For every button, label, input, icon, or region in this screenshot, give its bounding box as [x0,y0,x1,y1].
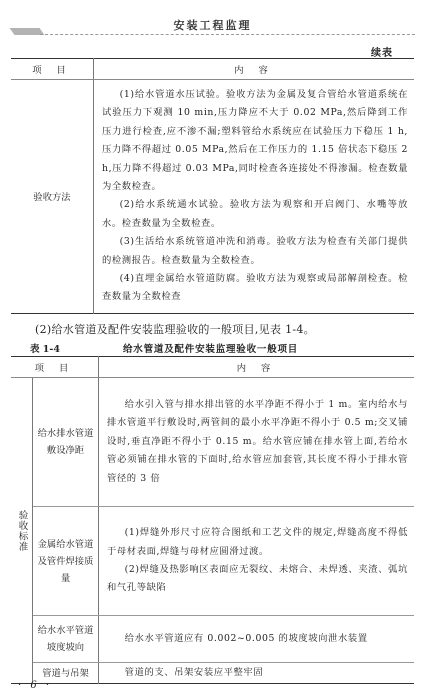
table-title: 给水管道及配件安装监理验收一般项目 [123,341,298,355]
content-paragraph: 管道的支、吊架安装应平整牢固 [107,664,408,682]
row-item-label: 给水排水管道敷设净距 [33,378,99,507]
table-row: 管道与吊架 管道的支、吊架安装应平整牢固 [11,663,414,684]
column-header-content: 内 容 [94,59,415,80]
row-item-label: 给水水平管道坡度坡向 [33,616,99,663]
table-row: 金属给水管道及管件焊接质量 (1)焊缝外形尺寸应符合图纸和工艺文件的规定,焊缝高… [11,507,414,616]
content-paragraph: (2)焊缝及热影响区表面应无裂纹、未熔合、未焊透、夹渣、弧坑和气孔等缺陷 [107,561,408,598]
row-content: 管道的支、吊架安装应平整牢固 [99,663,415,684]
content-paragraph: 给水水平管道应有 0.002~0.005 的坡度坡向泄水装置 [107,630,408,648]
column-header-item: 项 目 [11,59,94,80]
content-paragraph: (4)直埋金属给水管道防腐。验收方法为观察或局部解剖检查。检查数量为全数检查 [102,270,408,307]
content-paragraph: (2)给水系统通水试验。验收方法为观察和开启阀门、水嘴等放水。检查数量为全数检查… [102,196,408,233]
row-content: (1)焊缝外形尺寸应符合图纸和工艺文件的规定,焊缝高度不得低于母材表面,焊缝与母… [99,507,415,616]
row-item-label: 金属给水管道及管件焊接质量 [33,507,99,616]
row-content: (1)给水管道水压试验。验收方法为金属及复合管给水管道系统在试验压力下观测 10… [94,80,415,314]
table-number: 表 1-4 [30,341,60,355]
page-number: · 6 · [18,680,52,691]
running-title: 安装工程监理 [0,17,425,33]
content-paragraph: (3)生活给水系统管道冲洗和消毒。验收方法为检查有关部门提供的检测报告。检查数量… [102,233,408,270]
table-acceptance-method: 项 目 内 容 验收方法 (1)给水管道水压试验。验收方法为金属及复合管给水管道… [11,58,414,314]
row-item-label: 验收方法 [11,80,94,314]
group-label: 验收标准 [15,510,29,552]
intro-paragraph: (2)给水管道及配件安装监理验收的一般项目,见表 1-4。 [35,321,315,337]
page-header: 安装工程监理 [0,0,425,40]
column-header-content: 内 容 [99,357,415,378]
table-header-row: 项 目 内 容 [11,357,414,378]
column-header-item: 项 目 [11,357,99,378]
group-label-cell: 验收标准 [11,378,33,684]
table-general-items: 项 目 内 容 验收标准 给水排水管道敷设净距 给水引入管与排水排出管的水平净距… [11,356,414,684]
row-content: 给水水平管道应有 0.002~0.005 的坡度坡向泄水装置 [99,616,415,663]
content-paragraph: (1)焊缝外形尺寸应符合图纸和工艺文件的规定,焊缝高度不得低于母材表面,焊缝与母… [107,524,408,561]
content-paragraph: (1)给水管道水压试验。验收方法为金属及复合管给水管道系统在试验压力下观测 10… [102,86,408,196]
row-content: 给水引入管与排水排出管的水平净距不得小于 1 m。室内给水与排水管道平行敷设时,… [99,378,415,507]
header-divider [40,34,415,35]
content-paragraph: 给水引入管与排水排出管的水平净距不得小于 1 m。室内给水与排水管道平行敷设时,… [107,396,408,488]
continued-label: 续表 [371,44,393,59]
table-row: 验收方法 (1)给水管道水压试验。验收方法为金属及复合管给水管道系统在试验压力下… [11,80,414,314]
table-header-row: 项 目 内 容 [11,59,414,80]
table-row: 验收标准 给水排水管道敷设净距 给水引入管与排水排出管的水平净距不得小于 1 m… [11,378,414,507]
table-row: 给水水平管道坡度坡向 给水水平管道应有 0.002~0.005 的坡度坡向泄水装… [11,616,414,663]
